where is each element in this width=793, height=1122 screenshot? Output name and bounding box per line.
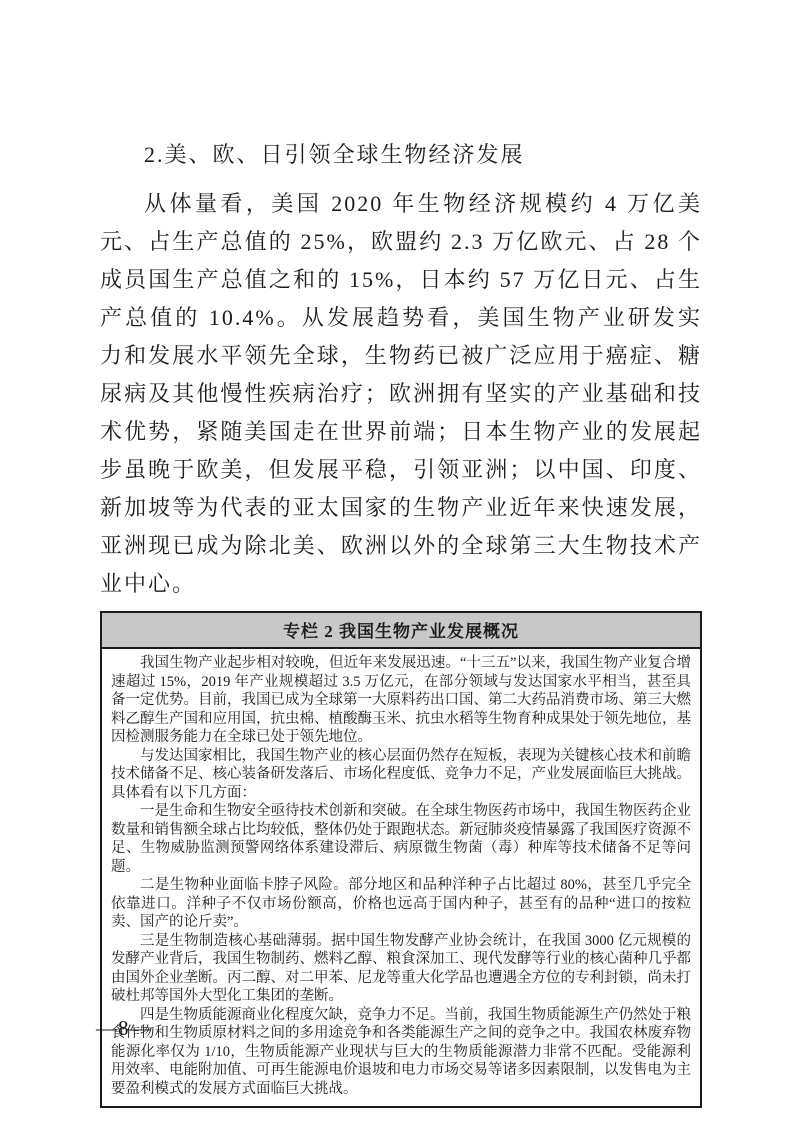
document-page: 2.美、欧、日引领全球生物经济发展 从体量看，美国 2020 年生物经济规模约 … (0, 0, 793, 1122)
box-paragraph: 一是生命和生物安全亟待技术创新和突破。在全球生物医药市场中，我国生物医药企业数量… (111, 802, 691, 876)
page-number: —8— (96, 1016, 152, 1041)
column-box: 专栏 2 我国生物产业发展概况 我国生物产业起步相对较晚，但近年来发展迅速。“十… (100, 611, 702, 1108)
page-content: 2.美、欧、日引领全球生物经济发展 从体量看，美国 2020 年生物经济规模约 … (100, 138, 702, 1108)
body-paragraph: 从体量看，美国 2020 年生物经济规模约 4 万亿美元、占生产总值的 25%，… (100, 185, 702, 603)
column-box-title: 专栏 2 我国生物产业发展概况 (102, 613, 700, 649)
box-paragraph: 与发达国家相比，我国生物产业的核心层面仍然存在短板，表现为关键核心技术和前瞻技术… (111, 747, 691, 803)
box-paragraph: 我国生物产业起步相对较晚，但近年来发展迅速。“十三五”以来，我国生物产业复合增速… (111, 654, 691, 747)
column-box-body: 我国生物产业起步相对较晚，但近年来发展迅速。“十三五”以来，我国生物产业复合增速… (102, 649, 700, 1106)
box-paragraph: 三是生物制造核心基础薄弱。据中国生物发酵产业协会统计，在我国 3000 亿元规模… (111, 932, 691, 1006)
section-heading: 2.美、欧、日引领全球生物经济发展 (100, 138, 702, 169)
box-paragraph: 四是生物质能源商业化程度欠缺，竞争力不足。当前，我国生物质能源生产仍然处于粮食作… (111, 1006, 691, 1099)
box-paragraph: 二是生物种业面临卡脖子风险。部分地区和品种洋种子占比超过 80%，甚至几乎完全依… (111, 876, 691, 932)
